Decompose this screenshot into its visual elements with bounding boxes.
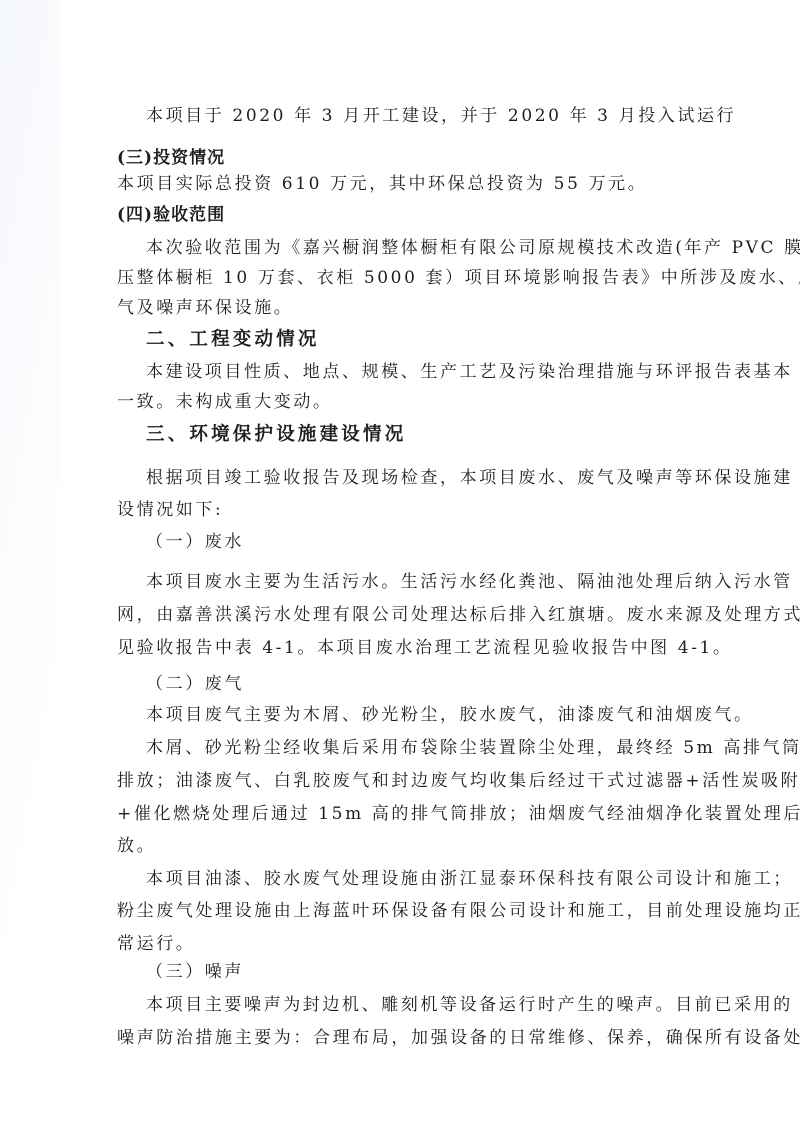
subheading-wastewater: （一）废水 [146,530,673,554]
paragraph-exhaust-line-3: +催化燃烧处理后通过 15m 高的排气筒排放；油烟废气经油烟净化装置处理后排 [117,802,673,826]
scan-shadow [0,0,60,1131]
paragraph-changes-line-1: 本建设项目性质、地点、规模、生产工艺及污染治理措施与环评报告表基本 [146,360,673,384]
paragraph-wastewater-line-2: 网，由嘉善洪溪污水处理有限公司处理达标后排入红旗塘。废水来源及处理方式 [117,603,673,627]
paragraph-exhaust-line-1: 木屑、砂光粉尘经收集后采用布袋除尘装置除尘处理，最终经 5m 高排气筒 [146,736,673,760]
paragraph-contractors-line-1: 本项目油漆、胶水废气处理设施由浙江显泰环保科技有限公司设计和施工； [146,867,673,891]
heading-env-facilities: 三、环境保护设施建设情况 [146,423,673,447]
paragraph-noise-line-2: 噪声防治措施主要为：合理布局，加强设备的日常维修、保养，确保所有设备处 [117,1026,673,1050]
subheading-exhaust-gas: （二）废气 [146,672,673,696]
paragraph-exhaust-line-4: 放。 [117,834,673,858]
paragraph-changes-line-2: 一致。未构成重大变动。 [117,390,673,414]
paragraph-scope-line-3: 气及噪声环保设施。 [117,296,673,320]
paragraph-investment: 本项目实际总投资 610 万元，其中环保总投资为 55 万元。 [117,172,673,196]
document-page: 本项目于 2020 年 3 月开工建设，并于 2020 年 3 月投入试运行 (… [0,0,800,1131]
subheading-investment: (三)投资情况 [117,146,673,170]
paragraph-intro-line-2: 设情况如下: [117,498,673,522]
subheading-noise: （三）噪声 [146,960,673,984]
paragraph-exhaust-line-2: 排放；油漆废气、白乳胶废气和封边废气均收集后经过干式过滤器+活性炭吸附 [117,769,673,793]
paragraph-construction-dates: 本项目于 2020 年 3 月开工建设，并于 2020 年 3 月投入试运行 [146,104,673,128]
heading-project-changes: 二、工程变动情况 [146,328,673,352]
paragraph-wastewater-line-3: 见验收报告中表 4-1。本项目废水治理工艺流程见验收报告中图 4-1。 [117,636,673,660]
paragraph-contractors-line-3: 常运行。 [117,932,673,956]
paragraph-intro-line-1: 根据项目竣工验收报告及现场检查，本项目废水、废气及噪声等环保设施建 [146,466,673,490]
paragraph-scope-line-2: 压整体橱柜 10 万套、衣柜 5000 套）项目环境影响报告表》中所涉及废水、废 [117,266,673,290]
paragraph-wastewater-line-1: 本项目废水主要为生活污水。生活污水经化粪池、隔油池处理后纳入污水管 [146,570,673,594]
subheading-acceptance-scope: (四)验收范围 [117,203,673,227]
paragraph-exhaust-summary: 本项目废气主要为木屑、砂光粉尘，胶水废气，油漆废气和油烟废气。 [146,703,673,727]
paragraph-contractors-line-2: 粉尘废气处理设施由上海蓝叶环保设备有限公司设计和施工，目前处理设施均正 [117,899,673,923]
paragraph-scope-line-1: 本次验收范围为《嘉兴橱润整体橱柜有限公司原规模技术改造(年产 PVC 膜 [146,236,673,260]
paragraph-noise-line-1: 本项目主要噪声为封边机、雕刻机等设备运行时产生的噪声。目前已采用的 [146,993,673,1017]
